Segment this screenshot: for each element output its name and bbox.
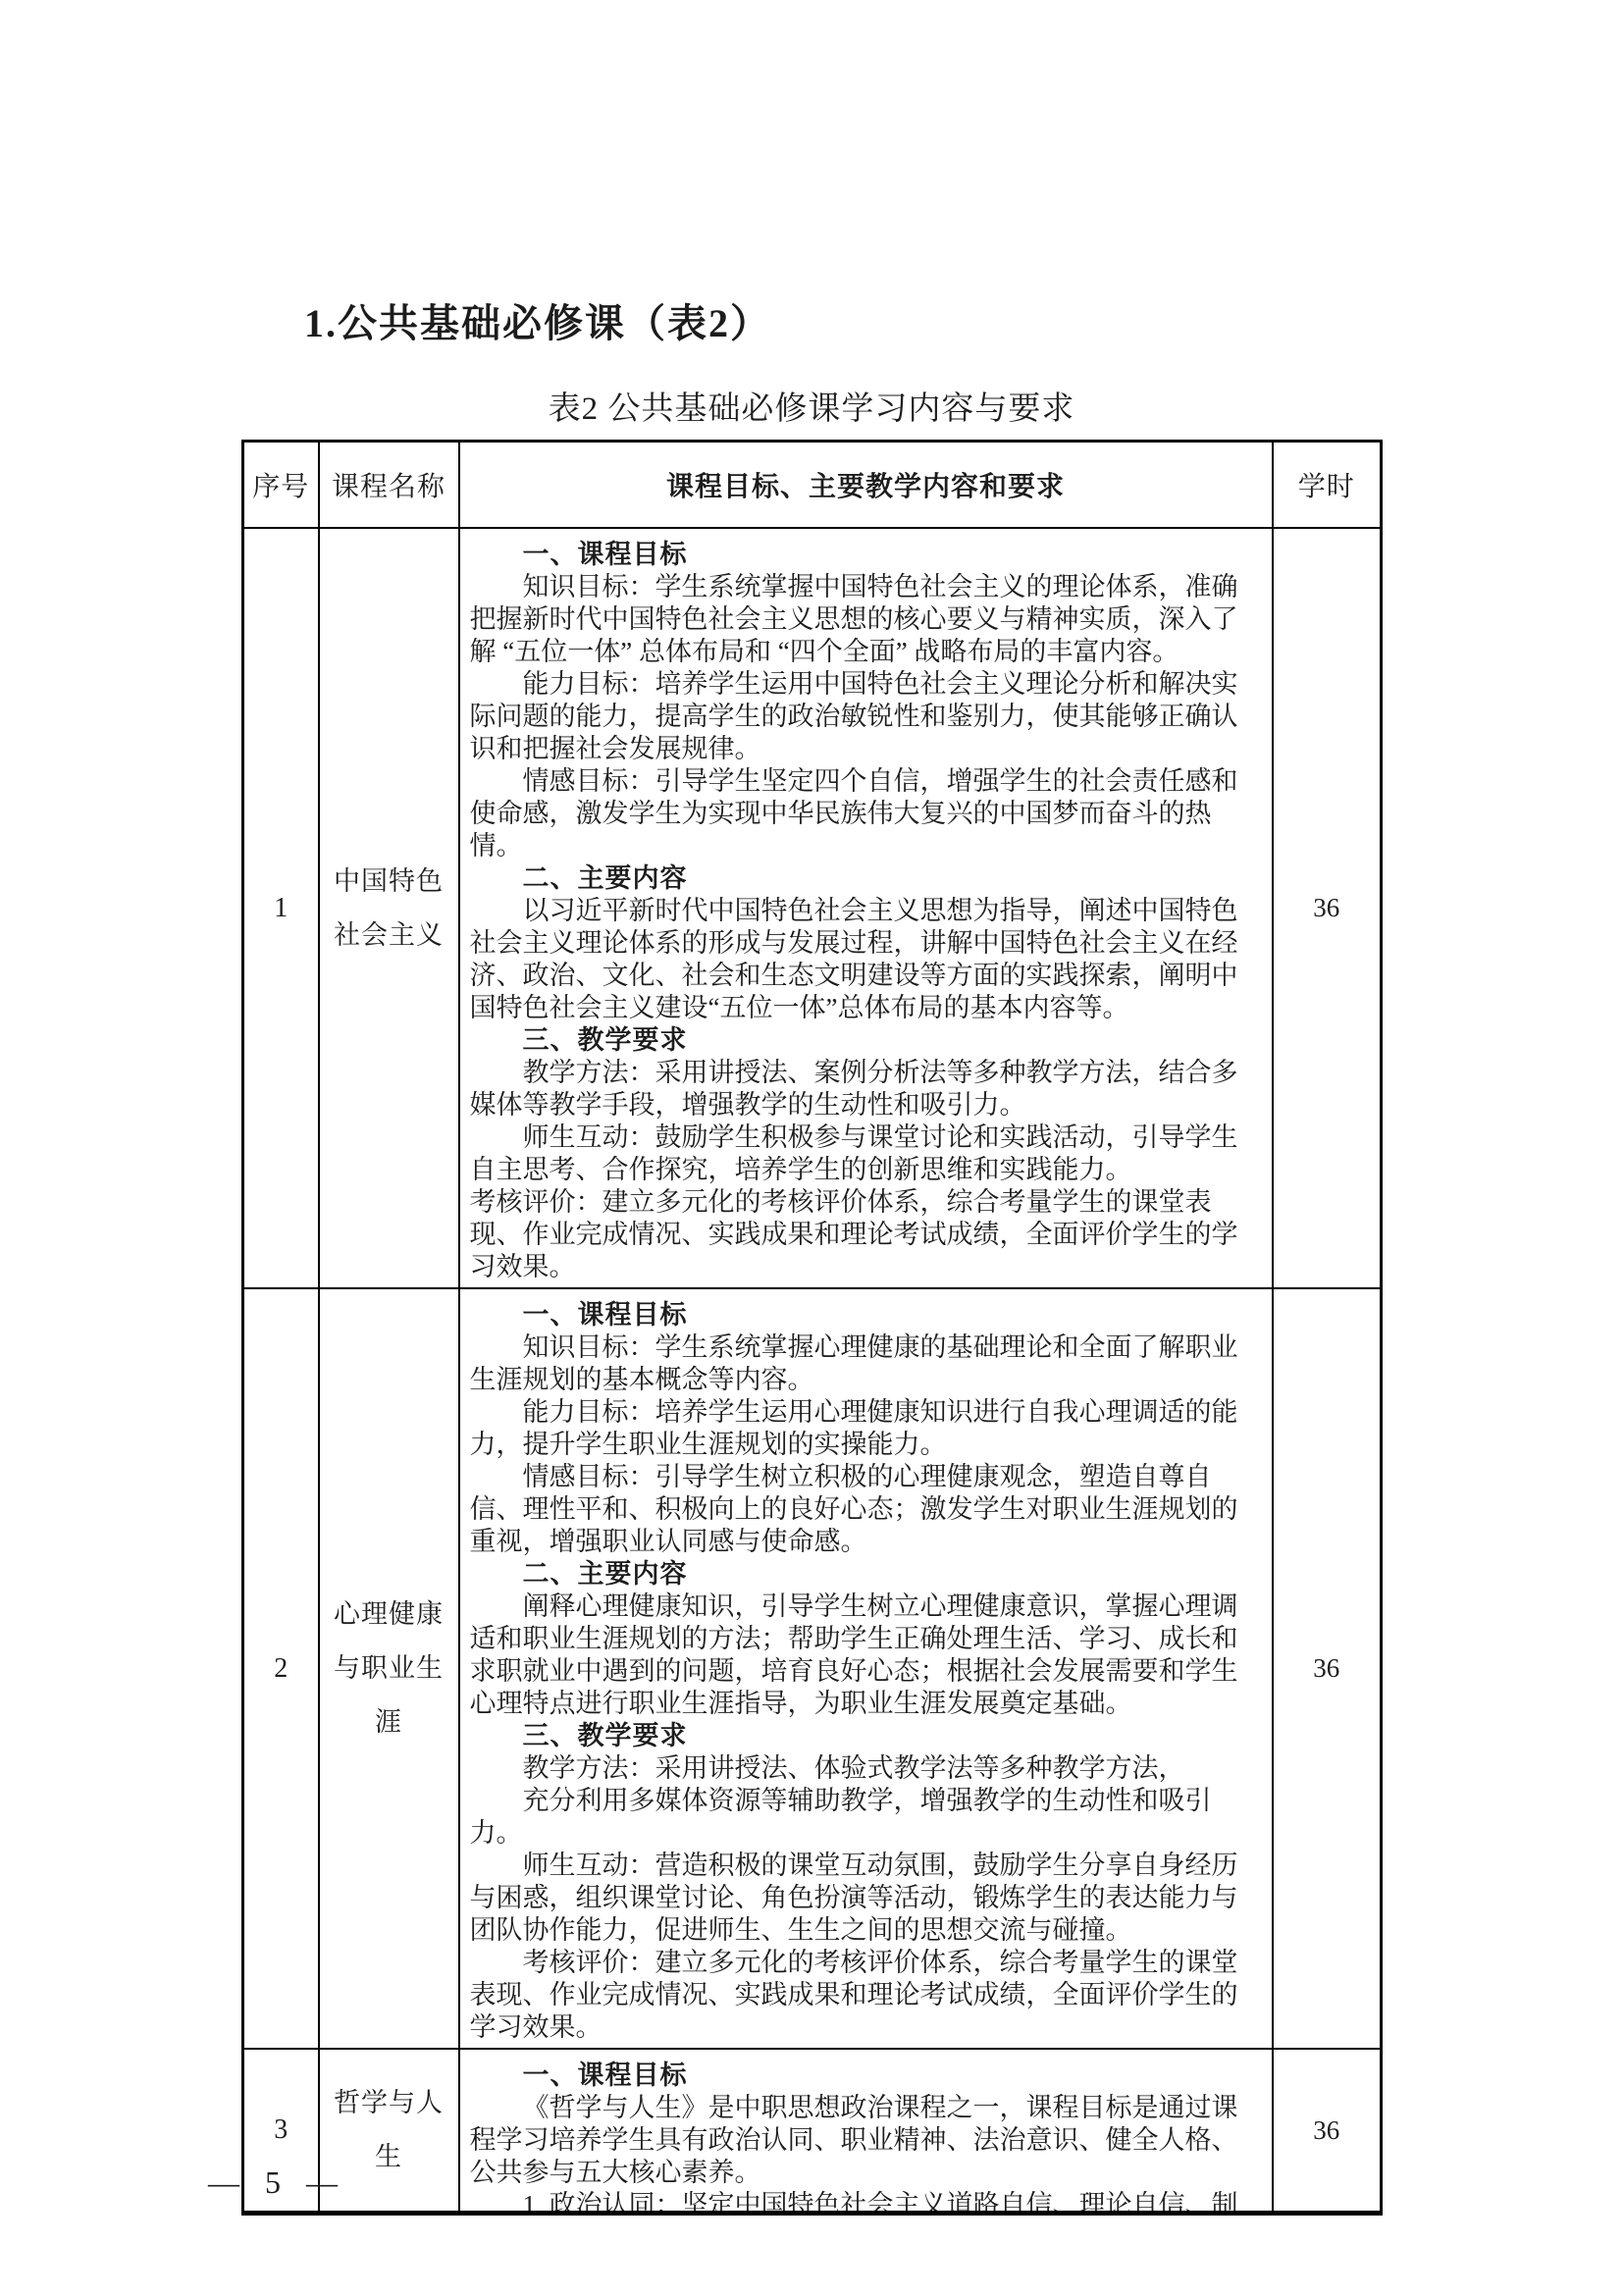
course-name-text: 哲学与人生	[334, 2076, 444, 2184]
content-heading: 三、教学要求	[470, 1720, 1264, 1752]
table-row: 1中国特色社会主义一、课程目标知识目标：学生系统掌握中国特色社会主义的理论体系，…	[243, 528, 1382, 1288]
content-paragraph: 情感目标：引导学生坚定四个自信，增强学生的社会责任感和使命感，激发学生为实现中华…	[470, 765, 1264, 862]
content-paragraph: 知识目标：学生系统掌握心理健康的基础理论和全面了解职业生涯规划的基本概念等内容。	[470, 1331, 1264, 1396]
table-body: 1中国特色社会主义一、课程目标知识目标：学生系统掌握中国特色社会主义的理论体系，…	[243, 528, 1382, 2214]
content-paragraph: 充分利用多媒体资源等辅助教学，增强教学的生动性和吸引力。	[470, 1785, 1264, 1850]
course-table: 序号 课程名称 课程目标、主要教学内容和要求 学时 1中国特色社会主义一、课程目…	[241, 440, 1383, 2216]
table-caption: 表2 公共基础必修课学习内容与要求	[241, 383, 1382, 429]
content-paragraph: 教学方法：采用讲授法、体验式教学法等多种教学方法，	[470, 1752, 1264, 1785]
content-paragraph: 考核评价：建立多元化的考核评价体系，综合考量学生的课堂表现、作业完成情况、实践成…	[470, 1947, 1264, 2044]
content-paragraph: 师生互动：鼓励学生积极参与课堂讨论和实践活动，引导学生自主思考、合作探究，培养学…	[470, 1121, 1264, 1186]
course-content-cell: 一、课程目标知识目标：学生系统掌握中国特色社会主义的理论体系，准确把握新时代中国…	[459, 528, 1273, 1288]
page-number: — 5 —	[208, 2165, 340, 2201]
content-paragraph: 《哲学与人生》是中职思想政治课程之一，课程目标是通过课程学习培养学生具有政治认同…	[470, 2092, 1264, 2189]
course-content-text: 一、课程目标《哲学与人生》是中职思想政治课程之一，课程目标是通过课程学习培养学生…	[460, 2050, 1272, 2211]
content-paragraph: 考核评价：建立多元化的考核评价体系，综合考量学生的课堂表现、作业完成情况、实践成…	[470, 1186, 1264, 1283]
content-paragraph: 阐释心理健康知识，引导学生树立心理健康意识，掌握心理调适和职业生涯规划的方法；帮…	[470, 1591, 1264, 1720]
header-course-name: 课程名称	[319, 442, 459, 529]
content-heading: 一、课程目标	[470, 1299, 1264, 1331]
course-name-text: 中国特色社会主义	[334, 855, 444, 963]
table-row: 3哲学与人生一、课程目标《哲学与人生》是中职思想政治课程之一，课程目标是通过课程…	[243, 2049, 1382, 2214]
document-page: 1.公共基础必修课（表2） 表2 公共基础必修课学习内容与要求 序号 课程名称 …	[0, 0, 1624, 2295]
header-hours: 学时	[1273, 442, 1382, 529]
row-index-cell: 2	[243, 1288, 319, 2049]
content-paragraph: 师生互动：营造积极的课堂互动氛围，鼓励学生分享自身经历与困惑，组织课堂讨论、角色…	[470, 1850, 1264, 1947]
content-heading: 一、课程目标	[470, 2060, 1264, 2092]
content-paragraph: 情感目标：引导学生树立积极的心理健康观念，塑造自尊自信、理性平和、积极向上的良好…	[470, 1461, 1264, 1558]
content-paragraph: 能力目标：培养学生运用中国特色社会主义理论分析和解决实际问题的能力，提高学生的政…	[470, 668, 1264, 765]
table-row: 2心理健康与职业生涯一、课程目标知识目标：学生系统掌握心理健康的基础理论和全面了…	[243, 1288, 1382, 2049]
course-content-cell: 一、课程目标《哲学与人生》是中职思想政治课程之一，课程目标是通过课程学习培养学生…	[459, 2049, 1273, 2214]
row-index-cell: 1	[243, 528, 319, 1288]
course-content-cell: 一、课程目标知识目标：学生系统掌握心理健康的基础理论和全面了解职业生涯规划的基本…	[459, 1288, 1273, 2049]
hours-cell: 36	[1273, 528, 1382, 1288]
content-heading: 二、主要内容	[470, 862, 1264, 895]
hours-cell: 36	[1273, 2049, 1382, 2214]
content-paragraph: 以习近平新时代中国特色社会主义思想为指导，阐述中国特色社会主义理论体系的形成与发…	[470, 895, 1264, 1024]
header-index: 序号	[243, 442, 319, 529]
section-title: 1.公共基础必修课（表2）	[304, 292, 771, 348]
course-content-text: 一、课程目标知识目标：学生系统掌握心理健康的基础理论和全面了解职业生涯规划的基本…	[460, 1289, 1272, 2048]
course-name-text: 心理健康与职业生涯	[334, 1588, 444, 1749]
course-name-cell: 心理健康与职业生涯	[319, 1288, 459, 2049]
content-heading: 一、课程目标	[470, 539, 1264, 571]
content-paragraph: 能力目标：培养学生运用心理健康知识进行自我心理调适的能力，提升学生职业生涯规划的…	[470, 1396, 1264, 1461]
header-content: 课程目标、主要教学内容和要求	[459, 442, 1273, 529]
content-heading: 二、主要内容	[470, 1558, 1264, 1591]
content-paragraph: 1. 政治认同：坚定中国特色社会主义道路自信、理论自信、制度自	[470, 2189, 1264, 2211]
table-header-row: 序号 课程名称 课程目标、主要教学内容和要求 学时	[243, 442, 1382, 529]
course-name-cell: 中国特色社会主义	[319, 528, 459, 1288]
content-heading: 三、教学要求	[470, 1024, 1264, 1057]
content-paragraph: 教学方法：采用讲授法、案例分析法等多种教学方法，结合多媒体等教学手段，增强教学的…	[470, 1057, 1264, 1121]
hours-cell: 36	[1273, 1288, 1382, 2049]
content-paragraph: 知识目标：学生系统掌握中国特色社会主义的理论体系，准确把握新时代中国特色社会主义…	[470, 571, 1264, 668]
course-content-text: 一、课程目标知识目标：学生系统掌握中国特色社会主义的理论体系，准确把握新时代中国…	[460, 529, 1272, 1287]
